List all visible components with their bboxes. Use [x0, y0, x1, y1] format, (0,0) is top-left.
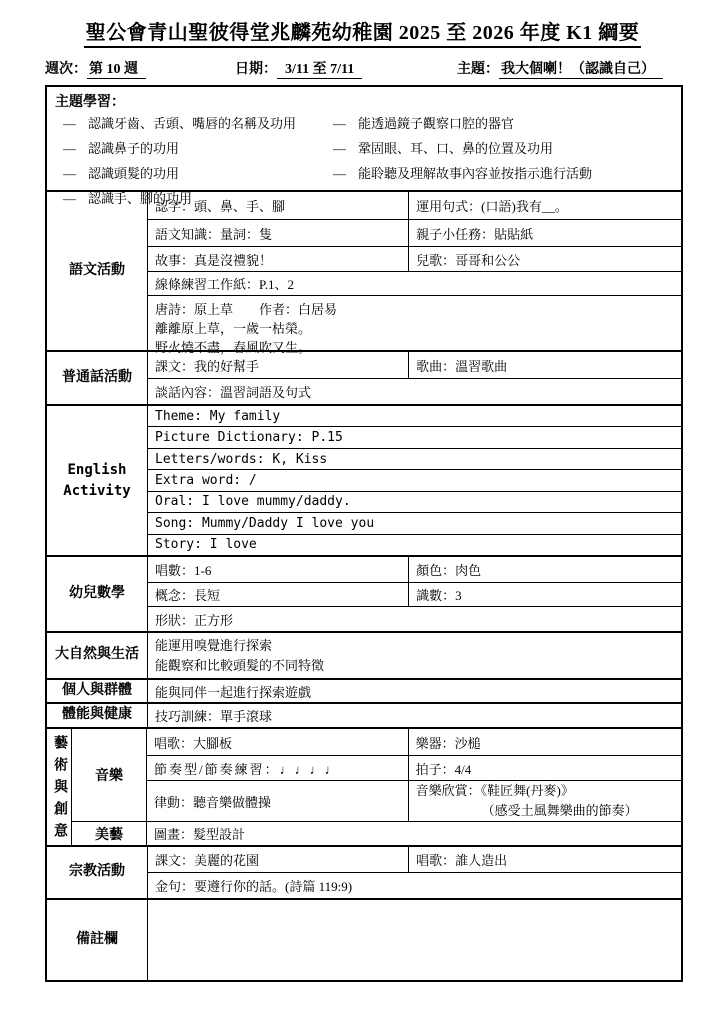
- table-cell: Theme: My family: [148, 406, 681, 426]
- section-putonghua-header: 普通話活動: [47, 352, 148, 404]
- section-english-body: Theme: My family Picture Dictionary: P.1…: [148, 406, 681, 555]
- table-cell: 拍子：4/4: [409, 756, 681, 780]
- section-arts: 藝術與創意 音樂 唱歌：大腳板 樂器：沙槌 節奏型/節奏練習：♩♩♩♩ 拍子：4…: [47, 727, 681, 845]
- table-row: Extra word: /: [148, 469, 681, 490]
- section-putonghua-body: 課文：我的好幫手 歌曲：溫習歌曲 談話內容：溫習詞語及句式: [148, 352, 681, 404]
- theme-learning-body: 主題學習： —認識牙齒、舌頭、嘴唇的名稱及功用 —認識鼻子的功用 —認識頭髮的功…: [47, 87, 681, 190]
- section-remarks-body: [148, 900, 681, 980]
- list-item: —能聆聽及理解故事內容並按指示進行活動: [333, 161, 673, 186]
- table-cell: Oral: I love mummy/daddy.: [148, 492, 681, 512]
- list-item: —鞏固眼、耳、口、鼻的位置及功用: [333, 136, 673, 161]
- table-row: [148, 900, 681, 980]
- list-item: —認識頭髮的功用: [63, 161, 333, 186]
- nature-line: 能運用嗅覺進行探索: [155, 636, 272, 656]
- section-language-header: 語文活動: [47, 192, 148, 350]
- nature-line: 能觀察和比較頭髮的不同特徵: [155, 656, 324, 676]
- section-religion-body: 課文：美麗的花園 唱歌：誰人造出 金句：要遵行你的話。(詩篇 119:9): [148, 847, 681, 898]
- table-row: 認字：頭、鼻、手、腳 運用句式：(口語)我有__。: [148, 192, 681, 219]
- table-row: 形狀：正方形: [148, 606, 681, 631]
- table-cell: 課文：美麗的花園: [148, 847, 409, 872]
- table-cell: 談話內容：溫習詞語及句式: [148, 379, 681, 404]
- week-value: 第 10 週: [87, 62, 146, 79]
- table-cell: 唱歌：大腳板: [147, 729, 409, 755]
- section-personal-body: 能與同伴一起進行探索遊戲: [148, 680, 681, 702]
- table-cell: 律動：聽音樂做體操: [147, 781, 409, 821]
- table-cell: 金句：要遵行你的話。(詩篇 119:9): [148, 873, 681, 898]
- table-cell: 樂器：沙槌: [409, 729, 681, 755]
- table-row: Theme: My family: [148, 406, 681, 426]
- document-title: 聖公會青山聖彼得堂兆麟苑幼稚園 2025 至 2026 年度 K1 綱要: [0, 16, 725, 45]
- table-row: 談話內容：溫習詞語及句式: [148, 378, 681, 404]
- table-row: 課文：美麗的花園 唱歌：誰人造出: [148, 847, 681, 872]
- section-math-header: 幼兒數學: [47, 557, 148, 631]
- table-row: 故事：真是沒禮貌！ 兒歌：哥哥和公公: [148, 246, 681, 271]
- section-english: English Activity Theme: My family Pictur…: [47, 404, 681, 555]
- table-row: 能與同伴一起進行探索遊戲: [148, 680, 681, 703]
- section-theme-learning: 主題學習： —認識牙齒、舌頭、嘴唇的名稱及功用 —認識鼻子的功用 —認識頭髮的功…: [47, 87, 681, 190]
- section-english-header: English Activity: [47, 406, 148, 555]
- section-math-body: 唱數：1-6 顏色：肉色 概念：長短 識數：3 形狀：正方形: [148, 557, 681, 631]
- document-page: 聖公會青山聖彼得堂兆麟苑幼稚園 2025 至 2026 年度 K1 綱要 週次：…: [0, 0, 725, 1024]
- dash-icon: —: [333, 111, 346, 136]
- visual-art-header: 美藝: [72, 822, 147, 845]
- date-field: 日期：3/11 至 7/11: [235, 58, 457, 78]
- music-appreciation-line: （感受土風舞樂曲的節奏）: [416, 801, 638, 821]
- section-religion: 宗教活動 課文：美麗的花園 唱歌：誰人造出 金句：要遵行你的話。(詩篇 119:…: [47, 845, 681, 898]
- meta-row: 週次：第 10 週 日期：3/11 至 7/11 主題：我大個喇！（認識自己）: [45, 58, 683, 78]
- table-cell: 顏色：肉色: [409, 557, 681, 582]
- table-row: 圖畫：髮型設計: [147, 822, 681, 845]
- list-item: —認識牙齒、舌頭、嘴唇的名稱及功用: [63, 111, 333, 136]
- table-cell: 概念：長短: [148, 583, 409, 606]
- topic-value: 我大個喇！（認識自己）: [499, 62, 663, 79]
- section-physical: 體能與健康 技巧訓練：單手滾球: [47, 702, 681, 727]
- table-cell: 語文知識：量詞：隻: [148, 220, 409, 246]
- section-personal-header: 個人與群體: [47, 680, 148, 702]
- poem-line: 離離原上草，一歲一枯榮。: [155, 319, 337, 338]
- section-nature-body: 能運用嗅覺進行探索 能觀察和比較頭髮的不同特徵: [148, 633, 681, 678]
- table-cell: 音樂欣賞：《鞋匠舞(丹麥)》 （感受土風舞樂曲的節奏）: [409, 781, 681, 821]
- poem-line: 唐詩：原上草 作者：白居易: [155, 300, 337, 319]
- table-cell: 圖畫：髮型設計: [147, 822, 681, 845]
- visual-art-body: 圖畫：髮型設計: [147, 822, 681, 845]
- table-cell: Letters/words: K, Kiss: [148, 449, 681, 469]
- table-row: 課文：我的好幫手 歌曲：溫習歌曲: [148, 352, 681, 378]
- list-item-text: 認識牙齒、舌頭、嘴唇的名稱及功用: [88, 111, 296, 136]
- table-row: 語文知識：量詞：隻 親子小任務：貼貼紙: [148, 219, 681, 246]
- list-item-text: 鞏固眼、耳、口、鼻的位置及功用: [358, 136, 553, 161]
- dash-icon: —: [63, 136, 76, 161]
- table-cell: Story: I love: [148, 535, 681, 555]
- section-language: 語文活動 認字：頭、鼻、手、腳 運用句式：(口語)我有__。 語文知識：量詞：隻…: [47, 190, 681, 350]
- section-arts-header: 藝術與創意: [47, 729, 72, 845]
- table-cell: 節奏型/節奏練習：♩♩♩♩: [147, 756, 409, 780]
- table-row: 金句：要遵行你的話。(詩篇 119:9): [148, 872, 681, 898]
- table-row: 律動：聽音樂做體操 音樂欣賞：《鞋匠舞(丹麥)》 （感受土風舞樂曲的節奏）: [147, 780, 681, 821]
- table-row: Oral: I love mummy/daddy.: [148, 491, 681, 512]
- curriculum-table: 主題學習： —認識牙齒、舌頭、嘴唇的名稱及功用 —認識鼻子的功用 —認識頭髮的功…: [45, 85, 683, 982]
- table-cell: 技巧訓練：單手滾球: [148, 704, 681, 727]
- topic-field: 主題：我大個喇！（認識自己）: [457, 58, 683, 78]
- remarks-empty-cell: [148, 900, 681, 980]
- document-title-text: 聖公會青山聖彼得堂兆麟苑幼稚園 2025 至 2026 年度 K1 綱要: [84, 22, 642, 48]
- table-row: 技巧訓練：單手滾球: [148, 704, 681, 727]
- table-cell: Picture Dictionary: P.15: [148, 427, 681, 447]
- section-language-body: 認字：頭、鼻、手、腳 運用句式：(口語)我有__。 語文知識：量詞：隻 親子小任…: [148, 192, 681, 350]
- table-cell: 形狀：正方形: [148, 607, 681, 631]
- dash-icon: —: [63, 111, 76, 136]
- list-item-text: 認識鼻子的功用: [88, 136, 179, 161]
- section-religion-header: 宗教活動: [47, 847, 148, 898]
- list-item: —認識鼻子的功用: [63, 136, 333, 161]
- section-nature-header: 大自然與生活: [47, 633, 148, 678]
- table-cell: 線條練習工作紙：P.1、2: [148, 272, 681, 295]
- section-remarks-header: 備註欄: [47, 900, 148, 980]
- dash-icon: —: [333, 161, 346, 186]
- table-row: Picture Dictionary: P.15: [148, 426, 681, 447]
- table-cell: 故事：真是沒禮貌！: [148, 247, 409, 271]
- dash-icon: —: [63, 161, 76, 186]
- arts-music-row: 音樂 唱歌：大腳板 樂器：沙槌 節奏型/節奏練習：♩♩♩♩ 拍子：4/4 律動：…: [72, 729, 681, 821]
- table-cell: Song: Mummy/Daddy I love you: [148, 513, 681, 533]
- week-label: 週次：: [45, 62, 87, 77]
- table-row: Letters/words: K, Kiss: [148, 448, 681, 469]
- music-body: 唱歌：大腳板 樂器：沙槌 節奏型/節奏練習：♩♩♩♩ 拍子：4/4 律動：聽音樂…: [147, 729, 681, 821]
- theme-learning-header: 主題學習：: [55, 91, 673, 111]
- table-row: 線條練習工作紙：P.1、2: [148, 271, 681, 295]
- music-appreciation-line: 音樂欣賞：《鞋匠舞(丹麥)》: [416, 781, 574, 801]
- list-item: —能透過鏡子觀察口腔的器官: [333, 111, 673, 136]
- table-cell: Extra word: /: [148, 470, 681, 490]
- section-nature: 大自然與生活 能運用嗅覺進行探索 能觀察和比較頭髮的不同特徵: [47, 631, 681, 678]
- list-item-text: 能透過鏡子觀察口腔的器官: [358, 111, 514, 136]
- tang-poem: 唐詩：原上草 作者：白居易 離離原上草，一歲一枯榮。 野火燒不盡，春風吹又生。: [148, 296, 344, 350]
- table-cell: 課文：我的好幫手: [148, 352, 409, 378]
- table-cell: 運用句式：(口語)我有__。: [409, 192, 681, 219]
- arts-visual-row: 美藝 圖畫：髮型設計: [72, 821, 681, 845]
- list-item-text: 能聆聽及理解故事內容並按指示進行活動: [358, 161, 592, 186]
- table-cell: 能運用嗅覺進行探索 能觀察和比較頭髮的不同特徵: [148, 633, 681, 678]
- date-label: 日期：: [235, 62, 277, 77]
- list-item-text: 認識頭髮的功用: [88, 161, 179, 186]
- table-cell: 能與同伴一起進行探索遊戲: [148, 680, 681, 703]
- table-cell: 唱數：1-6: [148, 557, 409, 582]
- table-row: 唱數：1-6 顏色：肉色: [148, 557, 681, 582]
- table-cell: 識數：3: [409, 583, 681, 606]
- table-row: 能運用嗅覺進行探索 能觀察和比較頭髮的不同特徵: [148, 633, 681, 678]
- date-value: 3/11 至 7/11: [277, 62, 362, 79]
- section-arts-body: 音樂 唱歌：大腳板 樂器：沙槌 節奏型/節奏練習：♩♩♩♩ 拍子：4/4 律動：…: [72, 729, 681, 845]
- section-putonghua: 普通話活動 課文：我的好幫手 歌曲：溫習歌曲 談話內容：溫習詞語及句式: [47, 350, 681, 404]
- table-cell: 歌曲：溫習歌曲: [409, 352, 681, 378]
- table-cell: 兒歌：哥哥和公公: [409, 247, 681, 271]
- table-row: Song: Mummy/Daddy I love you: [148, 512, 681, 533]
- dash-icon: —: [333, 136, 346, 161]
- table-row: Story: I love: [148, 534, 681, 555]
- section-physical-header: 體能與健康: [47, 704, 148, 727]
- table-row: 唱歌：大腳板 樂器：沙槌: [147, 729, 681, 755]
- table-row: 概念：長短 識數：3: [148, 582, 681, 606]
- topic-label: 主題：: [457, 62, 499, 77]
- week-field: 週次：第 10 週: [45, 58, 235, 78]
- section-remarks: 備註欄: [47, 898, 681, 980]
- table-cell: 唱歌：誰人造出: [409, 847, 681, 872]
- section-personal: 個人與群體 能與同伴一起進行探索遊戲: [47, 678, 681, 702]
- section-physical-body: 技巧訓練：單手滾球: [148, 704, 681, 727]
- section-math: 幼兒數學 唱數：1-6 顏色：肉色 概念：長短 識數：3 形狀：正方形: [47, 555, 681, 631]
- table-cell: 親子小任務：貼貼紙: [409, 220, 681, 246]
- table-cell: 認字：頭、鼻、手、腳: [148, 192, 409, 219]
- table-row: 節奏型/節奏練習：♩♩♩♩ 拍子：4/4: [147, 755, 681, 780]
- table-row-poem: 唐詩：原上草 作者：白居易 離離原上草，一歲一枯榮。 野火燒不盡，春風吹又生。: [148, 295, 681, 350]
- music-header: 音樂: [72, 729, 147, 821]
